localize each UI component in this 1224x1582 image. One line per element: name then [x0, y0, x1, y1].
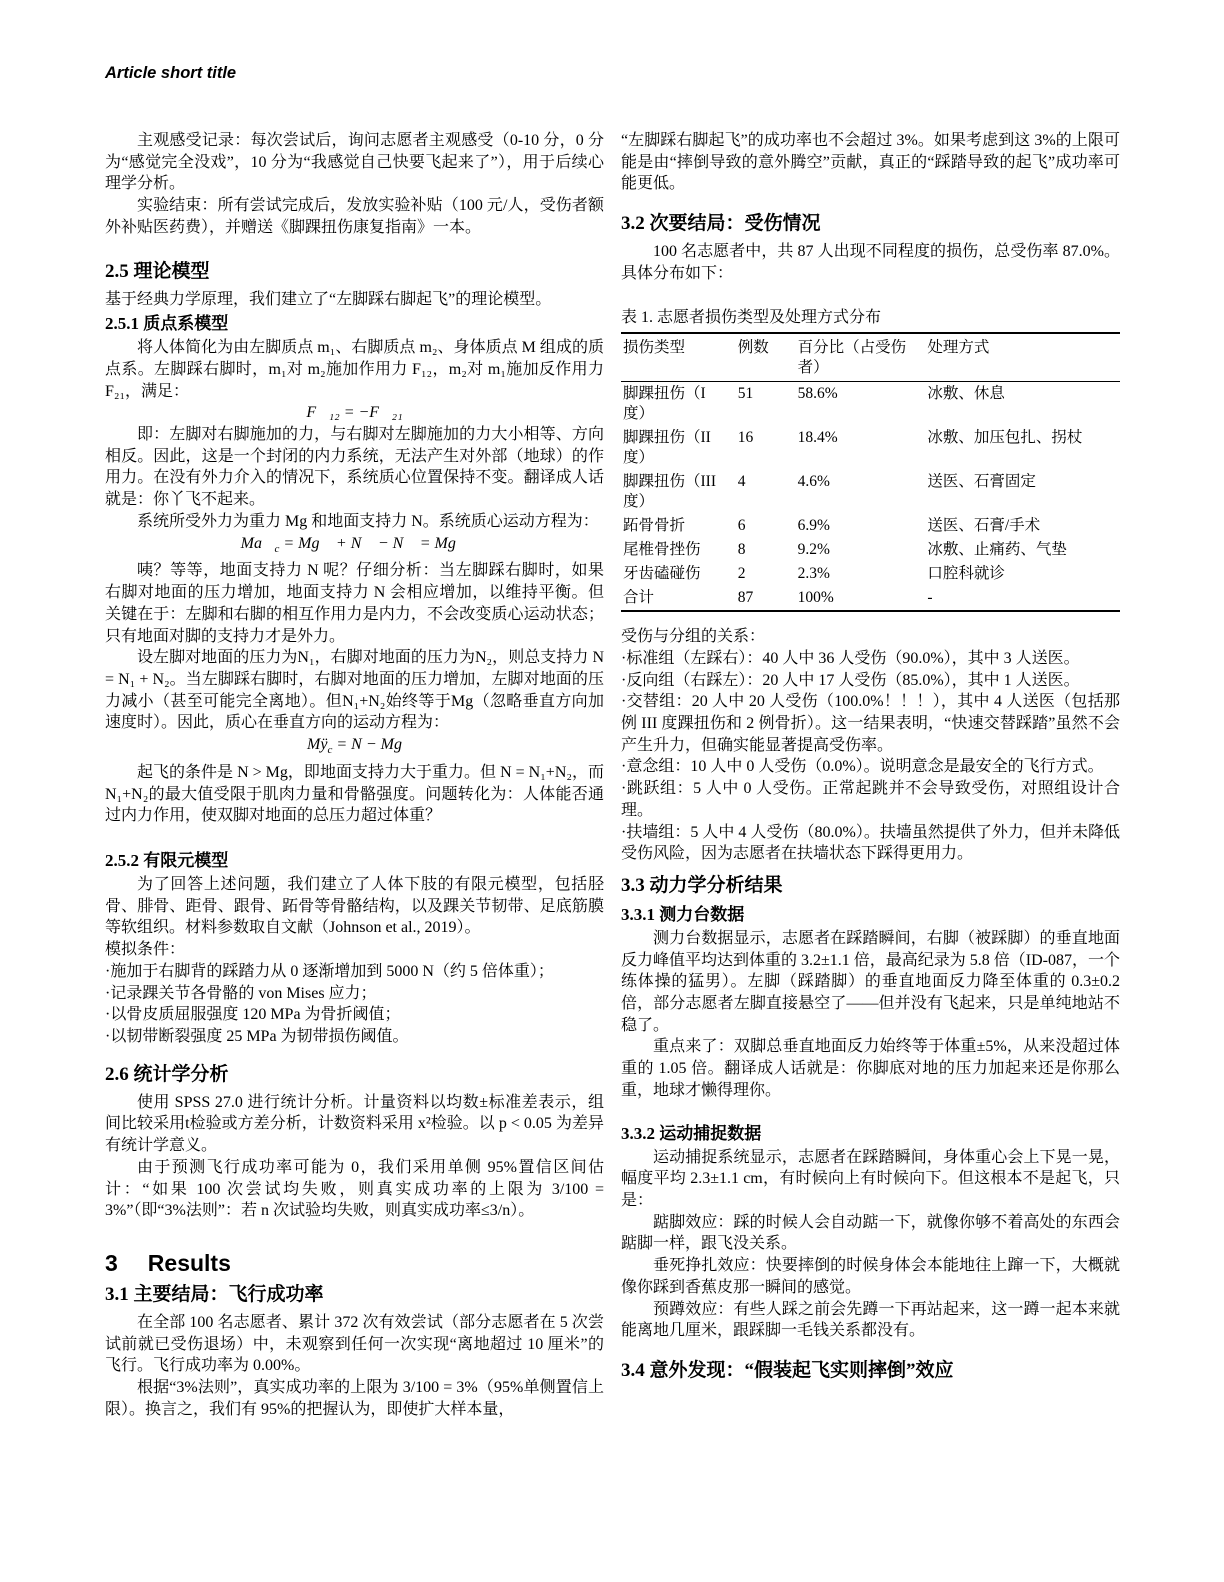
- paper-page: Article short title 主观感受记录：每次尝试后，询问志愿者主观…: [0, 0, 1224, 1582]
- paragraph: 系统所受外力为重力 Mg 和地面支持力 N。系统质心运动方程为：: [105, 511, 604, 533]
- section-heading-3-4: 3.4 意外发现：“假装起飞实则摔倒”效应: [621, 1358, 1120, 1384]
- table-cell: 6: [736, 514, 796, 538]
- section-heading-2-5-1: 2.5.1 质点系模型: [105, 312, 604, 335]
- table-cell: 脚踝扭伤（I 度）: [621, 382, 736, 427]
- table-cell: 送医、石膏固定: [925, 470, 1120, 514]
- table-cell: 口腔科就诊: [925, 562, 1120, 586]
- table-cell: 冰敷、休息: [925, 382, 1120, 427]
- table-cell: 牙齿磕碰伤: [621, 562, 736, 586]
- table-cell: 4.6%: [796, 470, 926, 514]
- formula-text: Mÿ: [307, 736, 327, 753]
- paragraph: 设左脚对地面的压力为N₁，右脚对地面的压力为N₂，则总支持力 N = N₁ + …: [105, 647, 604, 734]
- paragraph: 模拟条件：: [105, 939, 604, 961]
- table-cell: 脚踝扭伤（III 度）: [621, 470, 736, 514]
- table-cell: 跖骨骨折: [621, 514, 736, 538]
- left-column: 主观感受记录：每次尝试后，询问志愿者主观感受（0-10 分，0 分为“感觉完全没…: [105, 130, 604, 1420]
- table-cell: 冰敷、止痛药、气垫: [925, 538, 1120, 562]
- bullet-item: ·记录踝关节各骨骼的 von Mises 应力；: [105, 983, 604, 1005]
- bullet-item: ·扶墙组：5 人中 4 人受伤（80.0%）。扶墙虽然提供了外力，但并未降低受伤…: [621, 822, 1120, 865]
- two-column-body: 主观感受记录：每次尝试后，询问志愿者主观感受（0-10 分，0 分为“感觉完全没…: [105, 130, 1120, 1420]
- running-head: Article short title: [105, 64, 236, 83]
- table-cell: 冰敷、加压包扎、拐杖: [925, 426, 1120, 470]
- table-row: 脚踝扭伤（III 度） 4 4.6% 送医、石膏固定: [621, 470, 1120, 514]
- section-heading-3-2: 3.2 次要结局：受伤情况: [621, 211, 1120, 237]
- paragraph: 垂死挣扎效应：快要摔倒的时候身体会本能地往上蹿一下，大概就像你踩到香蕉皮那一瞬间…: [621, 1255, 1120, 1298]
- paragraph: 基于经典力学原理，我们建立了“左脚踩右脚起飞”的理论模型。: [105, 289, 604, 311]
- equation-vertical-motion: Mÿc = N − Mg: [105, 734, 604, 762]
- table-cell: 87: [736, 586, 796, 611]
- paragraph: 在全部 100 名志愿者、累计 372 次有效尝试（部分志愿者在 5 次尝试前就…: [105, 1312, 604, 1377]
- table-cell: 合计: [621, 586, 736, 611]
- table-row: 尾椎骨挫伤 8 9.2% 冰敷、止痛药、气垫: [621, 538, 1120, 562]
- bullet-item: ·施加于右脚背的踩踏力从 0 逐渐增加到 5000 N（约 5 倍体重）；: [105, 961, 604, 983]
- bullet-item: ·意念组：10 人中 0 人受伤（0.0%）。说明意念是最安全的飞行方式。: [621, 756, 1120, 778]
- table-cell: 6.9%: [796, 514, 926, 538]
- bullet-item: ·跳跃组：5 人中 0 人受伤。正常起跳并不会导致受伤，对照组设计合理。: [621, 778, 1120, 821]
- table-cell: 脚踝扭伤（II 度）: [621, 426, 736, 470]
- table-row: 跖骨骨折 6 6.9% 送医、石膏/手术: [621, 514, 1120, 538]
- paragraph: 踮脚效应：踩的时候人会自动踮一下，就像你够不着高处的东西会踮脚一样，跟飞没关系。: [621, 1212, 1120, 1255]
- table-col-header: 百分比（占受伤者）: [796, 333, 926, 382]
- paragraph: 主观感受记录：每次尝试后，询问志愿者主观感受（0-10 分，0 分为“感觉完全没…: [105, 130, 604, 195]
- formula-text: Ma⃗: [241, 535, 275, 552]
- table-col-header: 损伤类型: [621, 333, 736, 382]
- bullet-item: ·反向组（右踩左）：20 人中 17 人受伤（85.0%），其中 1 人送医。: [621, 670, 1120, 692]
- paragraph: 预蹲效应：有些人踩之前会先蹲一下再站起来，这一蹲一起本来就能离地几厘米，跟踩脚一…: [621, 1299, 1120, 1342]
- paragraph: 重点来了：双脚总垂直地面反力始终等于体重±5%，从来没超过体重的 1.05 倍。…: [621, 1036, 1120, 1101]
- equation-third-law: F⃗₁₂ = −F⃗₂₁: [105, 402, 604, 424]
- table-cell: 51: [736, 382, 796, 427]
- section-heading-2-5-2: 2.5.2 有限元模型: [105, 849, 604, 872]
- section-heading-3-3-1: 3.3.1 测力台数据: [621, 903, 1120, 926]
- section-heading-3-1: 3.1 主要结局：飞行成功率: [105, 1282, 604, 1308]
- table-cell: 100%: [796, 586, 926, 611]
- paragraph: 运动捕捉系统显示，志愿者在踩踏瞬间，身体重心会上下晃一晃，幅度平均 2.3±1.…: [621, 1147, 1120, 1212]
- section-heading-results: 3Results: [105, 1248, 604, 1278]
- paragraph: 受伤与分组的关系：: [621, 626, 1120, 648]
- paragraph: 将人体简化为由左脚质点 m₁、右脚质点 m₂、身体质点 M 组成的质点系。左脚踩…: [105, 337, 604, 402]
- table-col-header: 处理方式: [925, 333, 1120, 382]
- formula-text: = Mg⃗ + N⃗ − N⃗ = Mg⃗: [279, 535, 468, 552]
- table-cell: 58.6%: [796, 382, 926, 427]
- right-column: “左脚踩右脚起飞”的成功率也不会超过 3%。如果考虑到这 3%的上限可能是由“摔…: [621, 130, 1120, 1420]
- paragraph: 即：左脚对右脚施加的力，与右脚对左脚施加的力大小相等、方向相反。因此，这是一个封…: [105, 424, 604, 511]
- paragraph: “左脚踩右脚起飞”的成功率也不会超过 3%。如果考虑到这 3%的上限可能是由“摔…: [621, 130, 1120, 195]
- paragraph: 咦？等等，地面支持力 N 呢？仔细分析：当左脚踩右脚时，如果右脚对地面的压力增加…: [105, 560, 604, 647]
- paragraph: 实验结束：所有尝试完成后，发放实验补贴（100 元/人，受伤者额外补贴医药费），…: [105, 195, 604, 238]
- bullet-item: ·标准组（左踩右）：40 人中 36 人受伤（90.0%），其中 3 人送医。: [621, 648, 1120, 670]
- section-heading-3-3-2: 3.3.2 运动捕捉数据: [621, 1122, 1120, 1145]
- table-cell: 送医、石膏/手术: [925, 514, 1120, 538]
- paragraph: 100 名志愿者中，共 87 人出现不同程度的损伤，总受伤率 87.0%。具体分…: [621, 241, 1120, 284]
- table-cell: -: [925, 586, 1120, 611]
- table-row: 脚踝扭伤（II 度） 16 18.4% 冰敷、加压包扎、拐杖: [621, 426, 1120, 470]
- bullet-item: ·以韧带断裂强度 25 MPa 为韧带损伤阈值。: [105, 1026, 604, 1048]
- paragraph: 起飞的条件是 N > Mg，即地面支持力大于重力。但 N = N₁+N₂，而 N…: [105, 762, 604, 827]
- table-row: 牙齿磕碰伤 2 2.3% 口腔科就诊: [621, 562, 1120, 586]
- table-cell: 9.2%: [796, 538, 926, 562]
- section-number: 3: [105, 1250, 118, 1276]
- table-cell: 18.4%: [796, 426, 926, 470]
- table-col-header: 例数: [736, 333, 796, 382]
- injury-distribution-table: 损伤类型 例数 百分比（占受伤者） 处理方式 脚踝扭伤（I 度） 51 58.6…: [621, 332, 1120, 612]
- table-cell: 4: [736, 470, 796, 514]
- formula-text: = N − Mg: [332, 736, 402, 753]
- table-cell: 2: [736, 562, 796, 586]
- bullet-item: ·以骨皮质屈服强度 120 MPa 为骨折阈值；: [105, 1004, 604, 1026]
- table-cell: 2.3%: [796, 562, 926, 586]
- table-row: 合计 87 100% -: [621, 586, 1120, 611]
- table-cell: 尾椎骨挫伤: [621, 538, 736, 562]
- table-cell: 16: [736, 426, 796, 470]
- equation-com-motion: Ma⃗c = Mg⃗ + N⃗ − N⃗ = Mg⃗: [105, 533, 604, 561]
- table-cell: 8: [736, 538, 796, 562]
- table-header-row: 损伤类型 例数 百分比（占受伤者） 处理方式: [621, 333, 1120, 382]
- paragraph: 由于预测飞行成功率可能为 0，我们采用单侧 95%置信区间估计：“如果 100 …: [105, 1157, 604, 1222]
- bullet-item: ·交替组：20 人中 20 人受伤（100.0%！！！），其中 4 人送医（包括…: [621, 691, 1120, 756]
- paragraph: 根据“3%法则”，真实成功率的上限为 3/100 = 3%（95%单侧置信上限）…: [105, 1377, 604, 1420]
- section-heading-3-3: 3.3 动力学分析结果: [621, 873, 1120, 899]
- section-heading-2-5: 2.5 理论模型: [105, 259, 604, 285]
- paragraph: 为了回答上述问题，我们建立了人体下肢的有限元模型，包括胫骨、腓骨、距骨、跟骨、跖…: [105, 874, 604, 939]
- table-row: 脚踝扭伤（I 度） 51 58.6% 冰敷、休息: [621, 382, 1120, 427]
- section-heading-2-6: 2.6 统计学分析: [105, 1062, 604, 1088]
- section-label: Results: [148, 1250, 231, 1276]
- table-caption: 表 1. 志愿者损伤类型及处理方式分布: [621, 307, 1120, 329]
- paragraph: 使用 SPSS 27.0 进行统计分析。计量资料以均数±标准差表示，组间比较采用…: [105, 1092, 604, 1157]
- paragraph: 测力台数据显示，志愿者在踩踏瞬间，右脚（被踩脚）的垂直地面反力峰值平均达到体重的…: [621, 928, 1120, 1037]
